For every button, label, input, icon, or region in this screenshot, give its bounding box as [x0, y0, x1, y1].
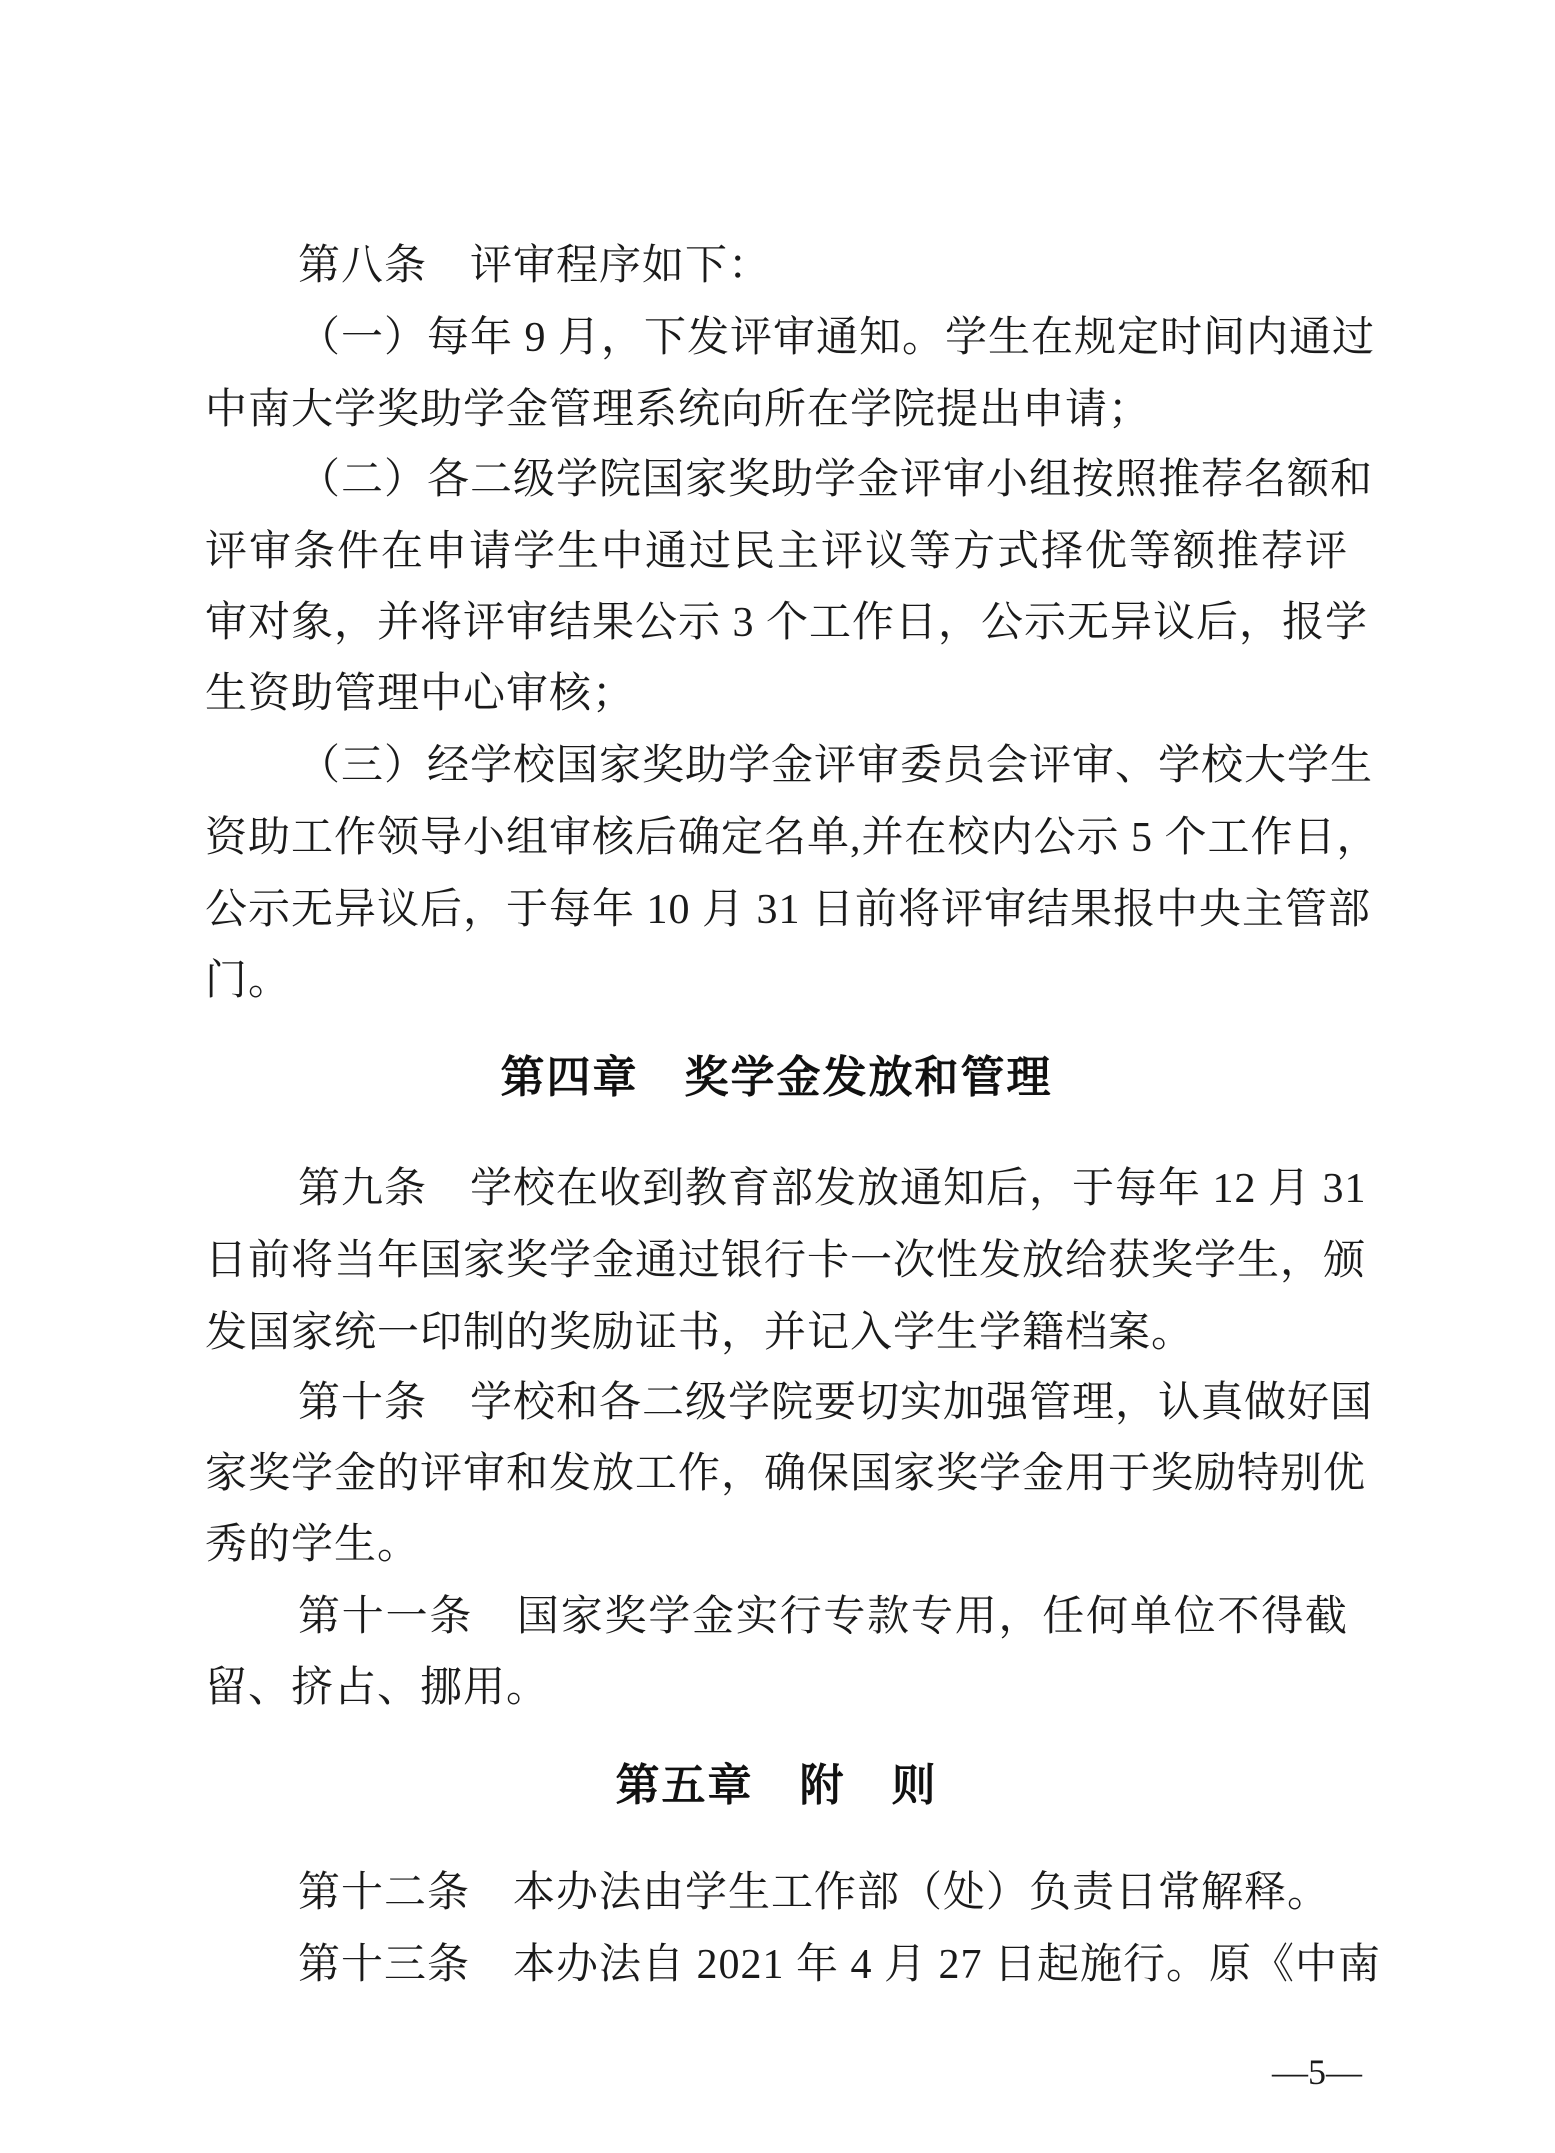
body-line: 秀的学生。 [205, 1509, 1348, 1581]
body-line: 评审条件在申请学生中通过民主评议等方式择优等额推荐评 [205, 516, 1348, 588]
body-line: 生资助管理中心审核； [205, 658, 1348, 730]
body-line: （二）各二级学院国家奖助学金评审小组按照推荐名额和 [205, 444, 1348, 516]
chapter-heading: 第五章 附 则 [205, 1750, 1348, 1822]
body-line: 留、挤占、挪用。 [205, 1652, 1348, 1724]
body-line: 门。 [205, 945, 1348, 1017]
page-number: —5— [1272, 2042, 1362, 2102]
document-page: 第八条 评审程序如下： （一）每年 9 月，下发评审通知。学生在规定时间内通过 … [0, 0, 1555, 2153]
body-line: 发国家统一印制的奖励证书，并记入学生学籍档案。 [205, 1297, 1348, 1369]
body-line: 第十二条 本办法由学生工作部（处）负责日常解释。 [205, 1857, 1348, 1929]
body-line: 资助工作领导小组审核后确定名单,并在校内公示 5 个工作日， [205, 802, 1348, 874]
chapter-heading: 第四章 奖学金发放和管理 [205, 1042, 1348, 1114]
body-line: 第八条 评审程序如下： [205, 230, 1348, 302]
body-line: 第十一条 国家奖学金实行专款专用，任何单位不得截 [205, 1581, 1348, 1653]
body-line: 日前将当年国家奖学金通过银行卡一次性发放给获奖学生，颁 [205, 1225, 1348, 1297]
body-line: 家奖学金的评审和发放工作，确保国家奖学金用于奖励特别优 [205, 1438, 1348, 1510]
body-line: 第十三条 本办法自 2021 年 4 月 27 日起施行。原《中南 [205, 1929, 1348, 2001]
body-line: （三）经学校国家奖助学金评审委员会评审、学校大学生 [205, 730, 1348, 802]
body-line: （一）每年 9 月，下发评审通知。学生在规定时间内通过 [205, 302, 1348, 374]
body-line: 第九条 学校在收到教育部发放通知后，于每年 12 月 31 [205, 1153, 1348, 1225]
body-line: 中南大学奖助学金管理系统向所在学院提出申请； [205, 374, 1348, 446]
body-line: 审对象，并将评审结果公示 3 个工作日，公示无异议后，报学 [205, 587, 1348, 659]
body-line: 第十条 学校和各二级学院要切实加强管理，认真做好国 [205, 1367, 1348, 1439]
body-line: 公示无异议后，于每年 10 月 31 日前将评审结果报中央主管部 [205, 874, 1348, 946]
